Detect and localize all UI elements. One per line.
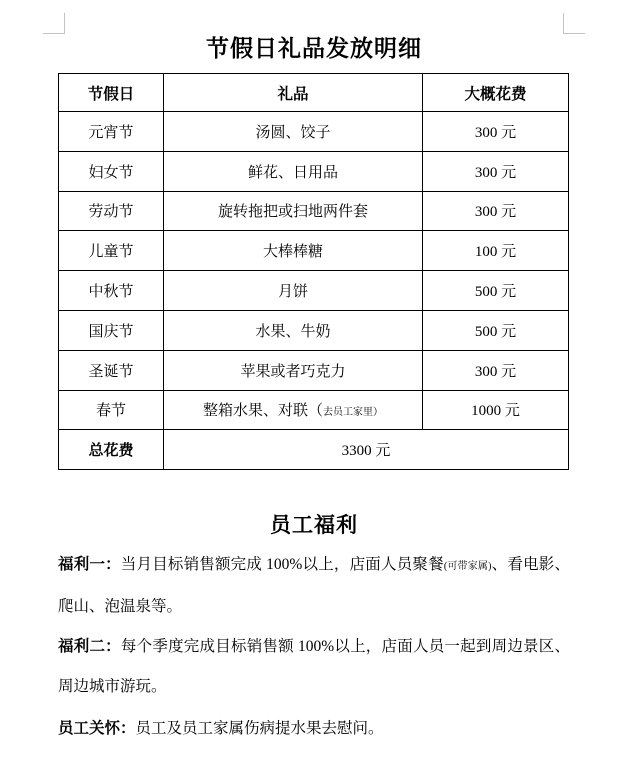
total-label-cell: 总花费 [59, 430, 164, 470]
cost-cell: 1000 元 [423, 390, 569, 430]
table-total-row: 总花费 3300 元 [59, 430, 569, 470]
table-row: 妇女节 鲜花、日用品 300 元 [59, 151, 569, 191]
gift-note: 去员工家里） [323, 407, 383, 418]
header-cost: 大概花费 [423, 74, 569, 112]
table-row: 圣诞节 苹果或者巧克力 300 元 [59, 350, 569, 390]
holiday-cell: 妇女节 [59, 151, 164, 191]
cost-cell: 500 元 [423, 271, 569, 311]
holiday-cell: 国庆节 [59, 310, 164, 350]
gift-cell: 水果、牛奶 [164, 310, 423, 350]
benefit-label: 福利二： [58, 638, 121, 655]
holiday-cell: 中秋节 [59, 271, 164, 311]
holiday-cell: 元宵节 [59, 112, 164, 152]
benefit-text: 当月目标销售额完成 100%以上，店面人员聚餐 [121, 556, 444, 573]
total-value-cell: 3300 元 [164, 430, 569, 470]
gift-cell: 整箱水果、对联（去员工家里） [164, 390, 423, 430]
page-margin-mark-top-right [563, 13, 585, 34]
gift-cell: 月饼 [164, 271, 423, 311]
gift-cell: 苹果或者巧克力 [164, 350, 423, 390]
cost-cell: 300 元 [423, 112, 569, 152]
holiday-cell: 劳动节 [59, 191, 164, 231]
table-row: 春节 整箱水果、对联（去员工家里） 1000 元 [59, 390, 569, 430]
benefit-paragraph-2: 福利二：每个季度完成目标销售额 100%以上，店面人员一起到周边景区、周边城市游… [58, 627, 570, 709]
document-title: 节假日礼品发放明细 [0, 30, 628, 68]
benefit-label: 员工关怀： [58, 720, 136, 737]
table-header-row: 节假日 礼品 大概花费 [59, 74, 569, 112]
gift-cell: 鲜花、日用品 [164, 151, 423, 191]
header-gift: 礼品 [164, 74, 423, 112]
benefits-section: 福利一：当月目标销售额完成 100%以上，店面人员聚餐(可带家属)、看电影、爬山… [58, 545, 570, 751]
page-margin-mark-top-left [43, 13, 65, 34]
gift-cell: 大棒棒糖 [164, 231, 423, 271]
benefit-text: 员工及员工家属伤病提水果去慰问。 [136, 720, 384, 737]
cost-cell: 300 元 [423, 191, 569, 231]
table-row: 中秋节 月饼 500 元 [59, 271, 569, 311]
gift-text: 整箱水果、对联（ [203, 403, 323, 419]
benefit-text: 每个季度完成目标销售额 100%以上，店面人员一起到周边景区、周边城市游玩。 [58, 638, 570, 695]
benefit-note: (可带家属) [444, 561, 492, 572]
benefits-heading: 员工福利 [0, 505, 628, 545]
holiday-cell: 儿童节 [59, 231, 164, 271]
table-row: 国庆节 水果、牛奶 500 元 [59, 310, 569, 350]
header-holiday: 节假日 [59, 74, 164, 112]
holiday-cell: 圣诞节 [59, 350, 164, 390]
gift-cell: 旋转拖把或扫地两件套 [164, 191, 423, 231]
cost-cell: 500 元 [423, 310, 569, 350]
document-page: 节假日礼品发放明细 节假日 礼品 大概花费 元宵节 汤圆、饺子 300 元 妇女… [0, 0, 628, 771]
holiday-cell: 春节 [59, 390, 164, 430]
gift-table: 节假日 礼品 大概花费 元宵节 汤圆、饺子 300 元 妇女节 鲜花、日用品 3… [58, 73, 569, 470]
cost-cell: 100 元 [423, 231, 569, 271]
table-row: 劳动节 旋转拖把或扫地两件套 300 元 [59, 191, 569, 231]
benefit-paragraph-3: 员工关怀：员工及员工家属伤病提水果去慰问。 [58, 709, 570, 751]
table-row: 儿童节 大棒棒糖 100 元 [59, 231, 569, 271]
cost-cell: 300 元 [423, 350, 569, 390]
table-row: 元宵节 汤圆、饺子 300 元 [59, 112, 569, 152]
gift-cell: 汤圆、饺子 [164, 112, 423, 152]
cost-cell: 300 元 [423, 151, 569, 191]
benefit-paragraph-1: 福利一：当月目标销售额完成 100%以上，店面人员聚餐(可带家属)、看电影、爬山… [58, 545, 570, 627]
benefit-label: 福利一： [58, 556, 121, 573]
